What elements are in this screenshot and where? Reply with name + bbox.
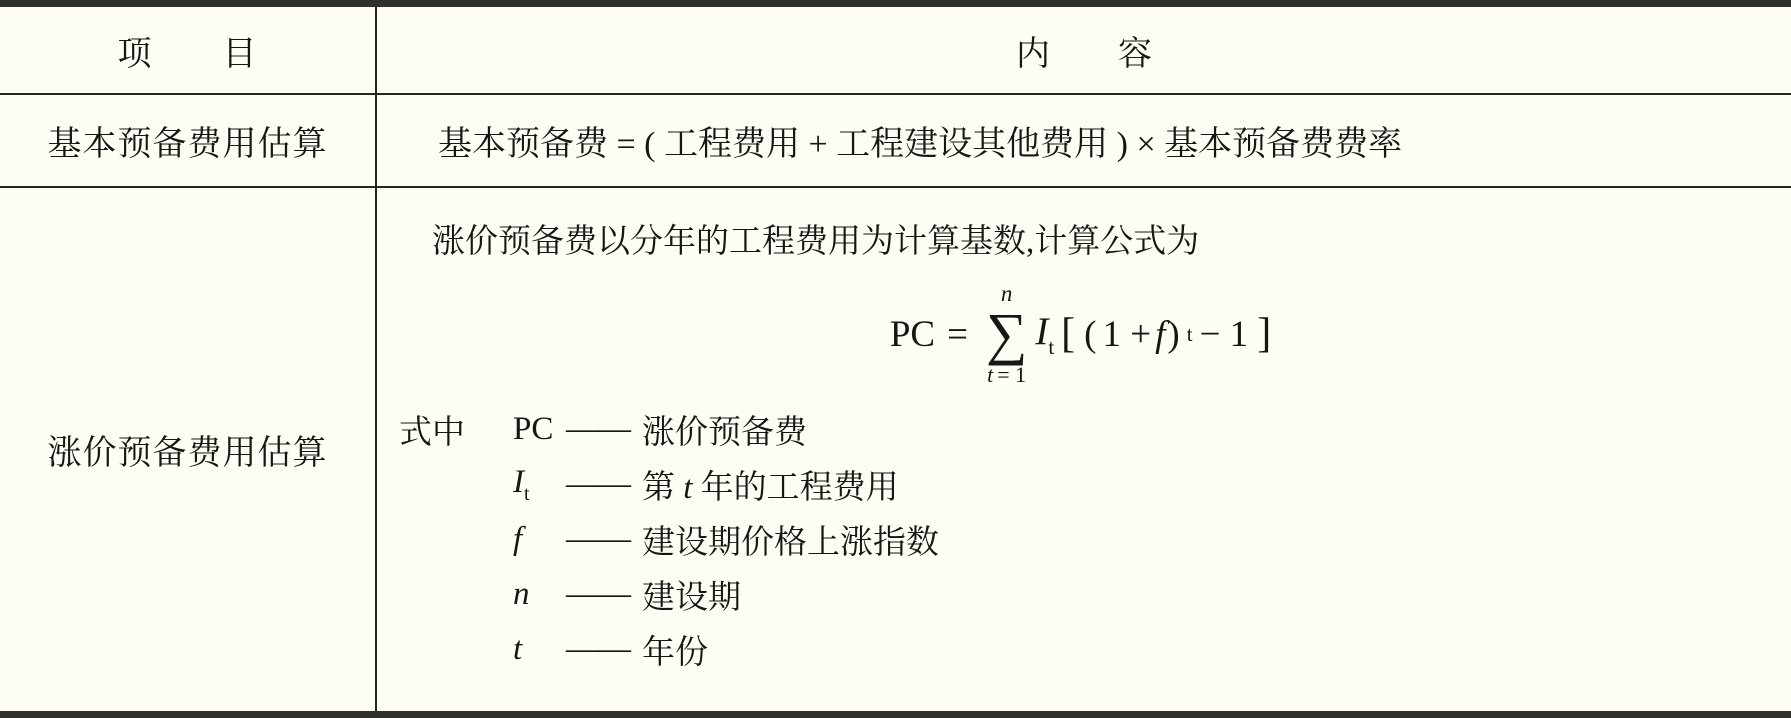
where-label: 式中 (399, 406, 513, 453)
basic-reserve-item-label: 基本预备费用估算 (48, 116, 328, 165)
definition-row-f: f —— 建设期价格上涨指数 (377, 512, 1791, 567)
symbol-f: f (513, 521, 566, 558)
definition-desc-pc: 涨价预备费 (642, 406, 1791, 453)
price-escalation-item-label: 涨价预备费用估算 (48, 425, 328, 474)
row-price-escalation: 涨价预备费用估算 涨价预备费以分年的工程费用为计算基数,计算公式为 PC = n… (0, 188, 1791, 711)
formula-tail: − 1 (1200, 313, 1249, 356)
bracket-open: [ (1061, 310, 1075, 358)
symbol-it: It (513, 464, 566, 506)
table-top-border (0, 0, 1791, 7)
formula-operand: 1 + (1102, 313, 1151, 356)
definition-dash: —— (566, 466, 642, 503)
paren-open: ( (1084, 313, 1096, 356)
definition-row-pc: 式中 PC —— 涨价预备费 (377, 402, 1791, 457)
symbol-t: t (513, 631, 566, 668)
header-item-cell: 项 目 (0, 7, 377, 93)
price-escalation-intro-text: 涨价预备费以分年的工程费用为计算基数,计算公式为 (432, 222, 1791, 262)
header-item-label: 项 目 (118, 26, 258, 75)
definition-desc-t: 年份 (642, 626, 1791, 673)
summation-symbol: n ∑ t= 1 (986, 282, 1027, 385)
header-content-label: 内 容 (1016, 26, 1152, 75)
definition-row-n: n —— 建设期 (377, 567, 1791, 622)
definition-desc-f: 建设期价格上涨指数 (642, 516, 1791, 563)
definition-desc-it: 第 t 年的工程费用 (642, 461, 1791, 508)
cell-item-basic-reserve: 基本预备费用估算 (0, 95, 377, 186)
summand-term: It (1035, 309, 1054, 360)
symbol-n: n (513, 576, 566, 613)
definition-dash: —— (566, 631, 642, 668)
symbol-pc: PC (513, 411, 566, 448)
price-escalation-formula: PC = n ∑ t= 1 It [ ( 1 + f ) t − 1 ] (377, 278, 1791, 390)
equals-sign: = (947, 313, 968, 356)
cost-estimation-table: 项 目 内 容 基本预备费用估算 基本预备费 = ( 工程费用 + 工程建设其他… (0, 0, 1791, 718)
term-subscript: t (1048, 335, 1054, 359)
formula-term-definitions: 式中 PC —— 涨价预备费 It —— 第 t 年的工程费用 f —— 建设期… (377, 402, 1791, 677)
table-bottom-border (0, 711, 1791, 718)
sigma-icon: ∑ (986, 307, 1027, 360)
summation-lower-limit: t= 1 (987, 361, 1026, 386)
inflation-variable: f (1155, 313, 1165, 356)
header-content-cell: 内 容 (377, 7, 1791, 93)
definition-dash: —— (566, 521, 642, 558)
cell-item-price-escalation: 涨价预备费用估算 (0, 188, 377, 711)
row-basic-reserve: 基本预备费用估算 基本预备费 = ( 工程费用 + 工程建设其他费用 ) × 基… (0, 95, 1791, 186)
paren-close: ) (1167, 313, 1179, 356)
definition-dash: —— (566, 411, 642, 448)
definition-dash: —— (566, 576, 642, 613)
table-header-row: 项 目 内 容 (0, 7, 1791, 93)
cell-content-basic-reserve: 基本预备费 = ( 工程费用 + 工程建设其他费用 ) × 基本预备费费率 (377, 95, 1791, 186)
bracket-close: ] (1257, 310, 1271, 358)
definition-row-it: It —— 第 t 年的工程费用 (377, 457, 1791, 512)
definition-desc-n: 建设期 (642, 571, 1791, 618)
cell-content-price-escalation: 涨价预备费以分年的工程费用为计算基数,计算公式为 PC = n ∑ t= 1 I… (377, 188, 1791, 711)
definition-row-t: t —— 年份 (377, 622, 1791, 677)
basic-reserve-formula-text: 基本预备费 = ( 工程费用 + 工程建设其他费用 ) × 基本预备费费率 (438, 116, 1402, 165)
exponent: t (1187, 322, 1193, 347)
formula-lhs: PC (890, 313, 935, 356)
